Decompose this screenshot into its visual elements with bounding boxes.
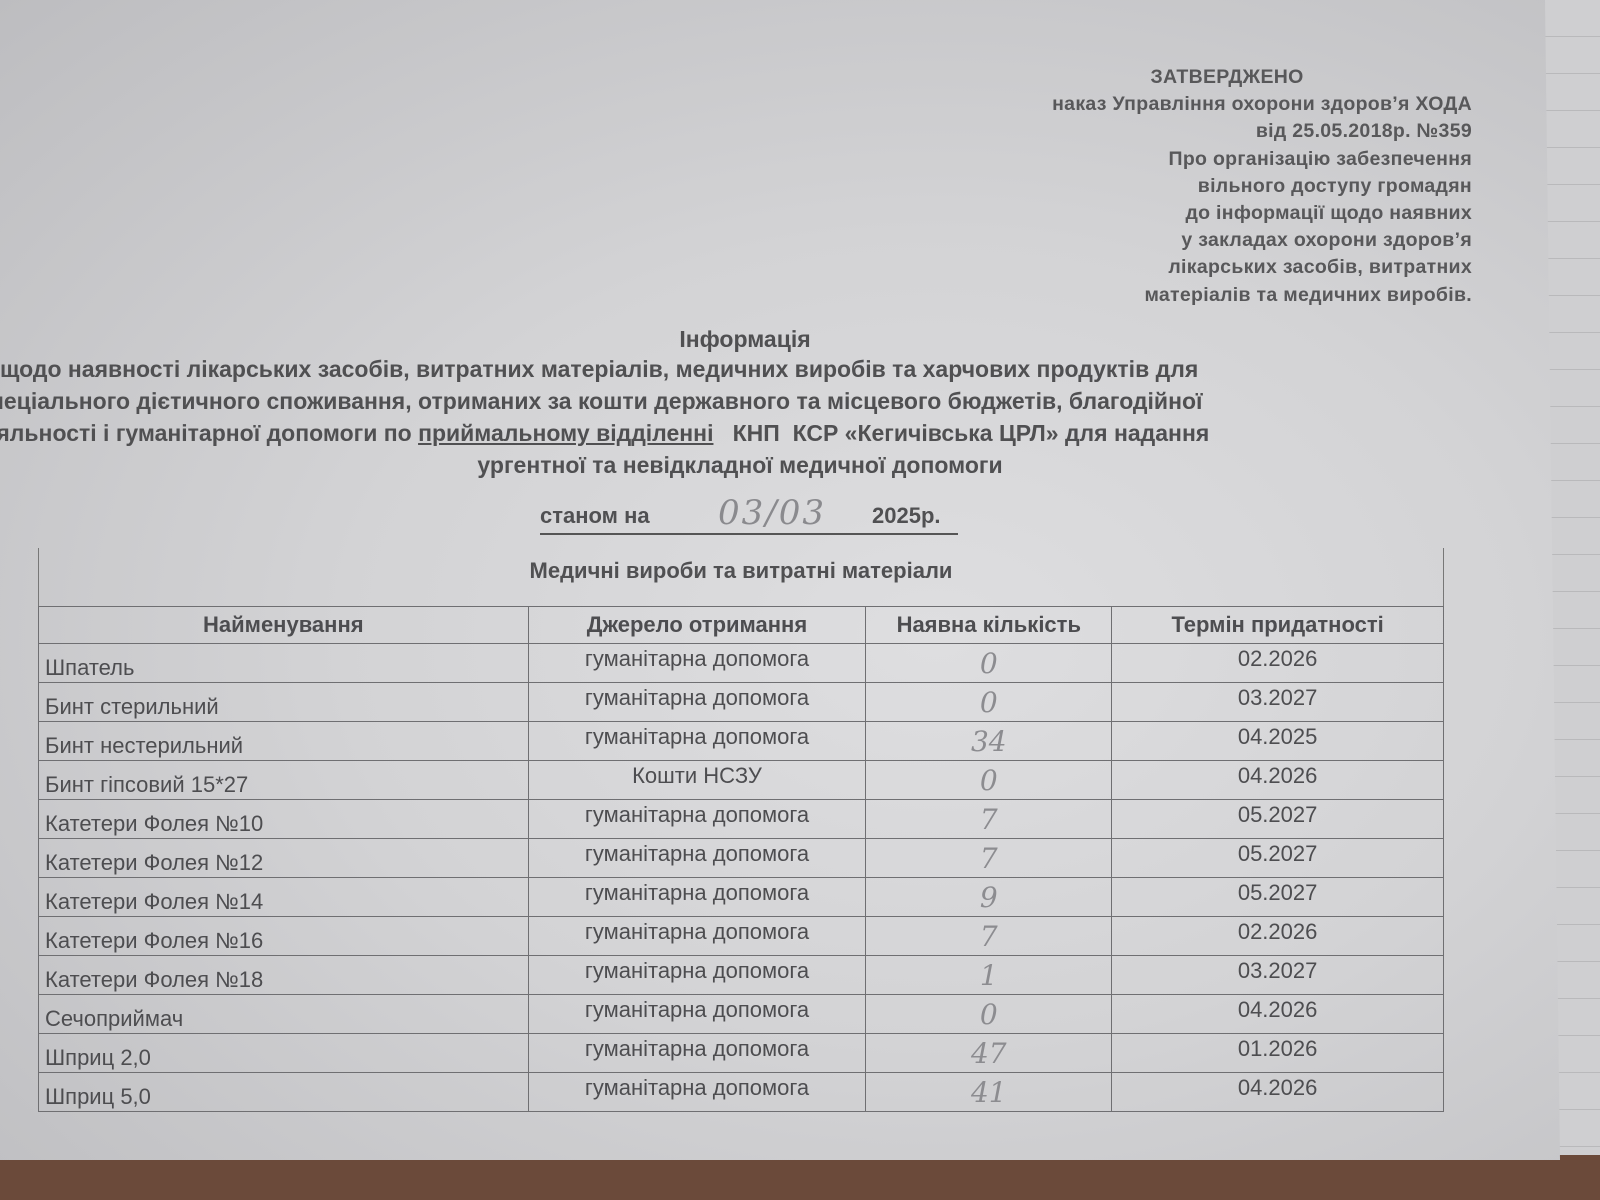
item-name: Бинт гіпсовий 15*27 [39, 761, 529, 800]
item-expiry: 05.2027 [1112, 800, 1444, 839]
item-quantity: 47 [866, 1034, 1112, 1073]
item-quantity: 1 [866, 956, 1112, 995]
approval-line: лікарських засобів, витратних [1052, 254, 1472, 281]
table-row: Бинт стерильнийгуманітарна допомога003.2… [39, 683, 1444, 722]
item-source: гуманітарна допомога [528, 683, 866, 722]
item-expiry: 01.2026 [1112, 1034, 1444, 1073]
department-name: приймальному відділенні [418, 420, 713, 446]
item-name: Шпатель [39, 644, 529, 683]
item-quantity: 0 [866, 644, 1112, 683]
info-line: пеціального дієтичного споживання, отрим… [0, 385, 1530, 417]
table-row: Катетери Фолея №12гуманітарна допомога70… [39, 839, 1444, 878]
item-expiry: 04.2026 [1112, 761, 1444, 800]
item-quantity: 34 [866, 722, 1112, 761]
item-source: гуманітарна допомога [528, 878, 866, 917]
info-line-text: іяльності і гуманітарної допомоги по [0, 420, 418, 446]
item-name: Катетери Фолея №18 [39, 956, 529, 995]
item-source: гуманітарна допомога [528, 956, 866, 995]
item-quantity: 7 [866, 839, 1112, 878]
item-expiry: 02.2026 [1112, 917, 1444, 956]
item-quantity: 0 [866, 683, 1112, 722]
table-row: Сечоприймачгуманітарна допомога004.2026 [39, 995, 1444, 1034]
table-row: Бинт гіпсовий 15*27Кошти НСЗУ004.2026 [39, 761, 1444, 800]
info-line-text: КНП КСР «Кегичівська ЦРЛ» для надання [713, 420, 1209, 446]
info-line: щодо наявності лікарських засобів, витра… [0, 353, 1530, 385]
table-row: Шприц 2,0гуманітарна допомога4701.2026 [39, 1034, 1444, 1073]
table-row: Шпательгуманітарна допомога002.2026 [39, 644, 1444, 683]
item-quantity: 41 [866, 1073, 1112, 1112]
item-source: гуманітарна допомога [528, 644, 866, 683]
item-quantity: 7 [866, 800, 1112, 839]
approval-line: у закладах охорони здоров’я [1052, 227, 1472, 254]
approval-line: наказ Управління охорони здоров’я ХОДА [1052, 91, 1472, 118]
section-title: Медичні вироби та витратні матеріали [38, 548, 1444, 606]
column-header-expiry: Термін придатності [1112, 607, 1444, 644]
item-source: гуманітарна допомога [528, 995, 866, 1034]
approval-line: матеріалів та медичних виробів. [1052, 282, 1472, 309]
item-quantity: 0 [866, 995, 1112, 1034]
item-quantity: 7 [866, 917, 1112, 956]
item-source: гуманітарна допомога [528, 839, 866, 878]
table-header-row: Найменування Джерело отримання Наявна кі… [39, 607, 1444, 644]
info-title: Інформація [0, 326, 1530, 353]
approval-block: ЗАТВЕРДЖЕНО наказ Управління охорони здо… [1052, 64, 1472, 309]
column-header-source: Джерело отримання [528, 607, 866, 644]
item-quantity: 0 [866, 761, 1112, 800]
item-expiry: 03.2027 [1112, 683, 1444, 722]
as-of-label: станом на [540, 503, 650, 528]
item-name: Сечоприймач [39, 995, 529, 1034]
item-name: Катетери Фолея №16 [39, 917, 529, 956]
table-row: Катетери Фолея №18гуманітарна допомога10… [39, 956, 1444, 995]
item-source: гуманітарна допомога [528, 917, 866, 956]
item-name: Катетери Фолея №12 [39, 839, 529, 878]
item-source: Кошти НСЗУ [528, 761, 866, 800]
item-source: гуманітарна допомога [528, 800, 866, 839]
approval-heading: ЗАТВЕРДЖЕНО [1052, 64, 1472, 91]
info-line: ургентної та невідкладної медичної допом… [0, 449, 1530, 481]
item-expiry: 03.2027 [1112, 956, 1444, 995]
item-expiry: 04.2025 [1112, 722, 1444, 761]
inventory-table: Найменування Джерело отримання Наявна кі… [38, 606, 1444, 1112]
handwritten-date: 03/03 [718, 493, 826, 533]
item-expiry: 05.2027 [1112, 839, 1444, 878]
table-row: Катетери Фолея №10гуманітарна допомога70… [39, 800, 1444, 839]
item-name: Шприц 5,0 [39, 1073, 529, 1112]
table-row: Катетери Фолея №14гуманітарна допомога90… [39, 878, 1444, 917]
item-name: Бинт стерильний [39, 683, 529, 722]
table-row: Шприц 5,0гуманітарна допомога4104.2026 [39, 1073, 1444, 1112]
approval-line: Про організацію забезпечення [1052, 146, 1472, 173]
as-of-year: 2025р. [872, 503, 941, 529]
document-page: ЗАТВЕРДЖЕНО наказ Управління охорони здо… [0, 0, 1560, 1160]
item-source: гуманітарна допомога [528, 1034, 866, 1073]
item-name: Катетери Фолея №10 [39, 800, 529, 839]
approval-line: вільного доступу громадян [1052, 173, 1472, 200]
as-of-date: станом на 03/03 2025р. [540, 503, 958, 535]
table-row: Бинт нестерильнийгуманітарна допомога340… [39, 722, 1444, 761]
column-header-name: Найменування [39, 607, 529, 644]
item-name: Бинт нестерильний [39, 722, 529, 761]
item-name: Катетери Фолея №14 [39, 878, 529, 917]
item-source: гуманітарна допомога [528, 722, 866, 761]
info-line: іяльності і гуманітарної допомоги по при… [0, 417, 1530, 449]
info-block: Інформація щодо наявності лікарських зас… [0, 326, 1530, 481]
item-expiry: 04.2026 [1112, 1073, 1444, 1112]
approval-line: до інформації щодо наявних [1052, 200, 1472, 227]
inventory-table-section: Медичні вироби та витратні матеріали Най… [38, 548, 1444, 1112]
item-expiry: 02.2026 [1112, 644, 1444, 683]
item-name: Шприц 2,0 [39, 1034, 529, 1073]
table-row: Катетери Фолея №16гуманітарна допомога70… [39, 917, 1444, 956]
item-expiry: 04.2026 [1112, 995, 1444, 1034]
item-quantity: 9 [866, 878, 1112, 917]
item-source: гуманітарна допомога [528, 1073, 866, 1112]
item-expiry: 05.2027 [1112, 878, 1444, 917]
column-header-quantity: Наявна кількість [866, 607, 1112, 644]
approval-line: від 25.05.2018р. №359 [1052, 118, 1472, 145]
